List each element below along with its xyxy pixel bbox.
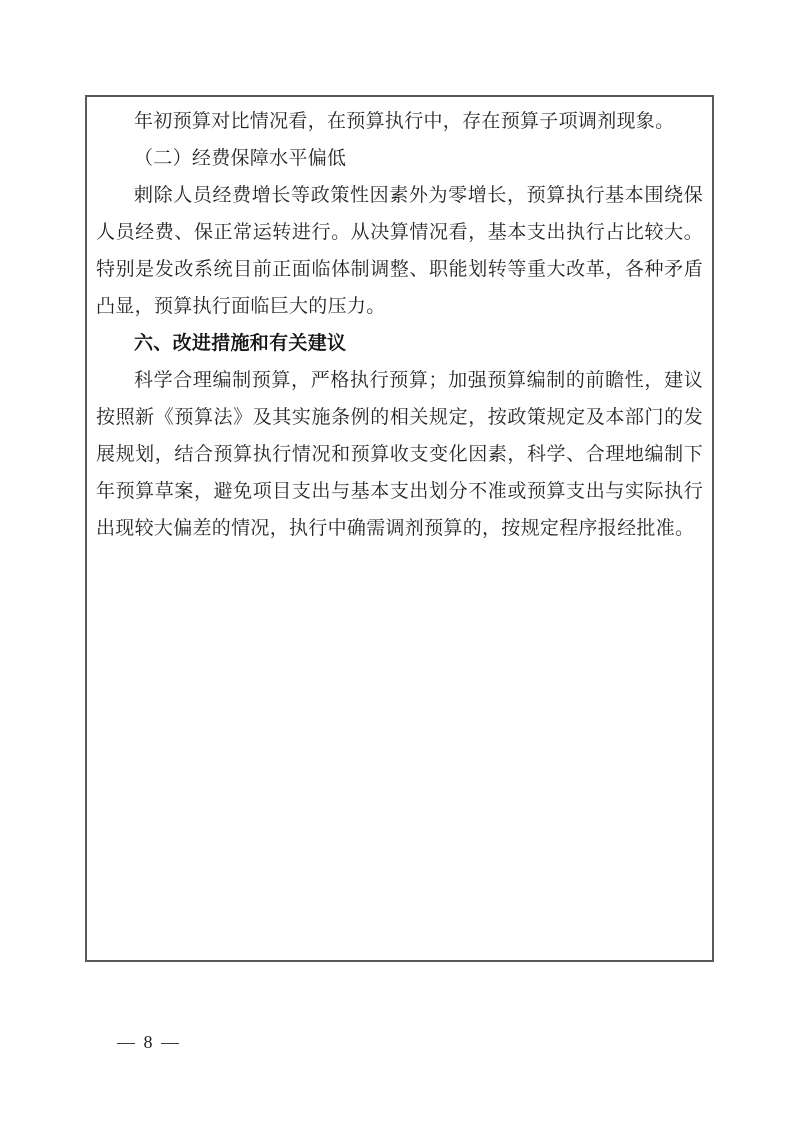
page-number: — 8 —	[117, 1032, 181, 1053]
paragraph-improvement-suggestions: 科学合理编制预算，严格执行预算；加强预算编制的前瞻性，建议按照新《预算法》及其实…	[96, 362, 703, 547]
paragraph-budget-adjustment-conclusion: 年初预算对比情况看，在预算执行中，存在预算子项调剂现象。	[96, 103, 703, 140]
subsection-heading-funding-guarantee-level: （二）经费保障水平偏低	[96, 140, 703, 177]
paragraph-funding-guarantee-analysis: 剌除人员经费增长等政策性因素外为零增长，预算执行基本围绕保人员经费、保正常运转进…	[96, 177, 703, 325]
section-heading-improvement-measures: 六、改进措施和有关建议	[96, 325, 703, 362]
content-border-box: 年初预算对比情况看，在预算执行中，存在预算子项调剂现象。 （二）经费保障水平偏低…	[85, 95, 714, 962]
document-page: 年初预算对比情况看，在预算执行中，存在预算子项调剂现象。 （二）经费保障水平偏低…	[0, 0, 793, 1122]
